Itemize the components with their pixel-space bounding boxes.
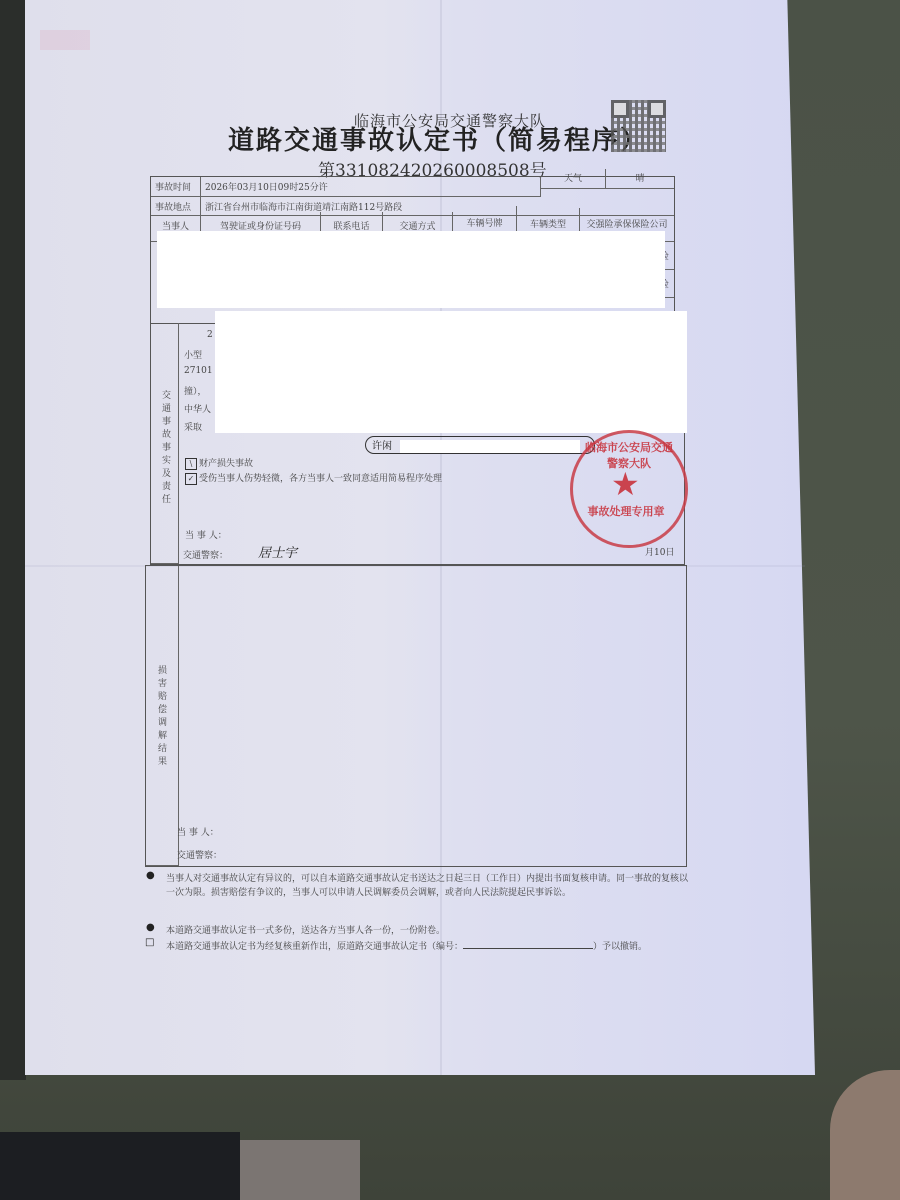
official-seal: 临海市公安局交通警察大队 ★ 事故处理专用章	[570, 430, 688, 548]
note-revoke-after: ）予以撤销。	[593, 942, 647, 952]
weather-label: 天气	[541, 169, 606, 189]
background-left	[0, 0, 26, 1080]
time-label: 事故时间	[151, 177, 201, 197]
redaction-parties	[157, 231, 665, 308]
facts-line-3: 27101	[184, 366, 213, 376]
document-title: 道路交通事故认定书（简易程序）	[228, 120, 648, 157]
checkbox-minor-injury-label: 受伤当事人伤势轻微，各方当事人一致同意适用简易程序处理	[199, 474, 442, 484]
facts-line-6: 采取	[184, 420, 202, 433]
background-dark-object	[0, 1132, 240, 1200]
facts-officer-label: 交通警察：	[183, 548, 228, 561]
original-number-field[interactable]	[463, 948, 593, 949]
checkbox-property-label: 财产损失事故	[199, 459, 253, 469]
bullet-icon: ●	[146, 870, 155, 881]
mediation-officer-label: 交通警察：	[177, 848, 222, 861]
note-revoke-before: 本道路交通事故认定书为经复核重新作出，原道路交通事故认定书（编号：	[166, 942, 463, 952]
handwritten-note-text: 许闲	[372, 441, 392, 452]
background-floor	[240, 1140, 360, 1200]
checkbox-empty-icon[interactable]: □	[145, 937, 154, 948]
star-icon: ★	[611, 465, 640, 503]
facts-line-5: 中华人	[184, 402, 211, 415]
redaction-facts	[215, 311, 687, 433]
note-appeal: 当事人对交通事故认定有异议的，可以自本道路交通事故认定书送达之日起三日（工作日）…	[166, 872, 688, 900]
facts-date: 月10日	[645, 545, 674, 558]
weather-value: 晴	[606, 169, 674, 189]
seal-bottom-text: 事故处理专用章	[573, 503, 679, 519]
checkbox-property-loss[interactable]: \财产损失事故	[185, 456, 253, 470]
checkbox-icon[interactable]: ✓	[185, 473, 197, 485]
mediation-party-label: 当 事 人：	[177, 825, 219, 838]
checkbox-icon[interactable]: \	[185, 458, 197, 470]
facts-party-label: 当 事 人：	[185, 528, 227, 541]
bullet-icon: ●	[146, 922, 155, 933]
time-value: 2026年03月10日09时25分许	[201, 177, 541, 197]
qr-code-icon	[611, 100, 666, 152]
background-hand	[830, 1070, 900, 1200]
facts-line-4: 撞），	[184, 384, 207, 397]
note-revoke: 本道路交通事故认定书为经复核重新作出，原道路交通事故认定书（编号：）予以撤销。	[166, 940, 688, 954]
facts-line-2: 小型	[184, 348, 202, 361]
checkbox-minor-injury[interactable]: ✓受伤当事人伤势轻微，各方当事人一致同意适用简易程序处理	[185, 471, 442, 485]
redaction-note	[400, 440, 580, 453]
facts-line-1: 2	[207, 330, 213, 340]
mediation-section	[145, 565, 687, 867]
paper-mark	[40, 30, 90, 50]
mediation-section-label: 损害赔偿调解结果	[155, 665, 168, 769]
officer-signature: 居士宇	[258, 542, 297, 561]
facts-section-label: 交通事故事实及责任	[159, 390, 172, 507]
note-copies: 本道路交通事故认定书一式多份，送达各方当事人各一份，一份附卷。	[166, 924, 688, 938]
